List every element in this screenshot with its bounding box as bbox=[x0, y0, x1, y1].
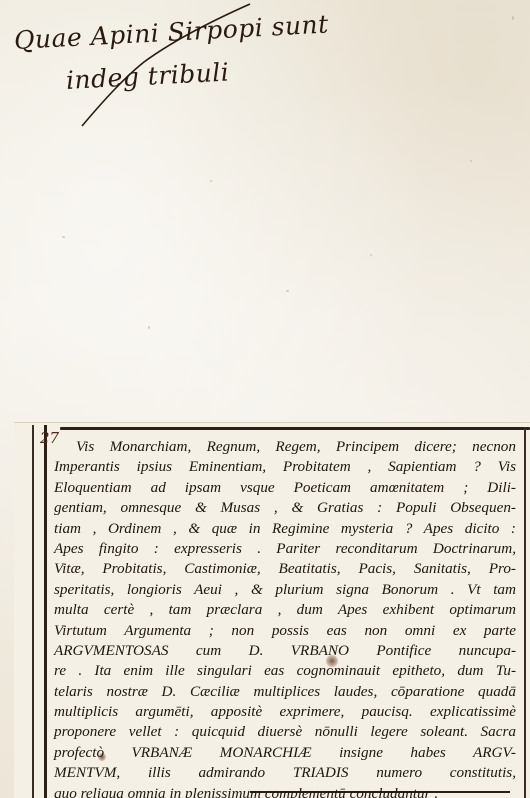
text-line: gentiam, omnesque & Musas , & Gratias : … bbox=[54, 498, 516, 518]
printed-text-block: Vis Monarchiam, Regnum, Regem, Principem… bbox=[54, 437, 516, 798]
text-line: MENTVM, illis admirando TRIADIS numero c… bbox=[54, 763, 516, 783]
text-line: Apes fingito : expresseris . Pariter rec… bbox=[54, 539, 516, 559]
handwritten-note: Quae Apini Sirpopi sunt indeg tribuli bbox=[14, 18, 434, 128]
text-line: tiam , Ordinem , & quæ in Regimine myste… bbox=[54, 519, 516, 539]
paper-speck bbox=[210, 180, 212, 182]
paper-speck bbox=[148, 326, 150, 329]
text-line: multiplicis argumēti, appositè exprimere… bbox=[54, 702, 516, 722]
text-line: re . Ita enim ille singulari eas cognomi… bbox=[54, 661, 516, 681]
paper-speck bbox=[62, 236, 65, 238]
text-line: ARGVMENTOSAS cum D. VRBANO Pontifice nun… bbox=[54, 641, 516, 661]
text-line: profectò VRBANÆ MONARCHIÆ insigne habes … bbox=[54, 743, 516, 763]
text-line: proponere vellet : quicquid diuersè nōnu… bbox=[54, 722, 516, 742]
left-inner-rule bbox=[44, 425, 47, 798]
top-rule bbox=[60, 427, 530, 430]
paper-speck bbox=[370, 254, 372, 256]
paper-speck bbox=[286, 290, 289, 292]
printed-slip: 27 Vis Monarchiam, Regnum, Regem, Princi… bbox=[14, 422, 530, 798]
text-line: Vis Monarchiam, Regnum, Regem, Principem… bbox=[54, 437, 516, 457]
manuscript-page: Quae Apini Sirpopi sunt indeg tribuli 27… bbox=[0, 0, 530, 798]
paper-speck bbox=[470, 160, 472, 162]
text-line: multa certè , tam præclara , dum Apes ex… bbox=[54, 600, 516, 620]
paper-speck bbox=[512, 16, 514, 20]
text-line: Imperantis ipsius Eminentiam, Probitatem… bbox=[54, 457, 516, 477]
text-line: quo reliqua omnia in plenissimum complem… bbox=[54, 784, 516, 798]
text-line: Vitæ, Probitatis, Castimoniæ, Beatitatis… bbox=[54, 559, 516, 579]
text-line: Eloquentiam ad ipsam vsque Poeticam amœn… bbox=[54, 478, 516, 498]
text-line: telaris nostræ D. Cæciliæ multiplices la… bbox=[54, 682, 516, 702]
right-rule bbox=[524, 427, 526, 798]
text-line: Virtutum Argumenta ; non possis eas non … bbox=[54, 621, 516, 641]
text-line: speritatis, longioris Aeui , & plurium s… bbox=[54, 580, 516, 600]
left-outer-rule bbox=[32, 425, 34, 798]
